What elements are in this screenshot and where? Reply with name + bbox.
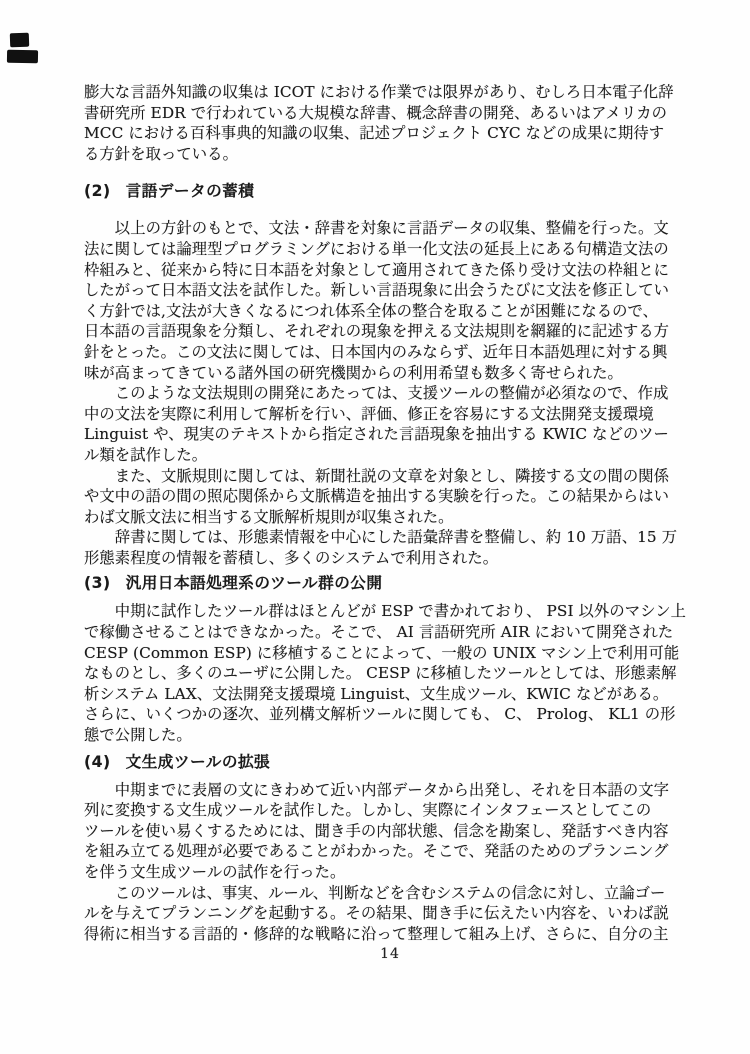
text-line: 中期に試作したツール群はほとんどが ESP で書かれており、 PSI 以外のマシ… — [84, 601, 680, 622]
page-body: 膨大な言語外知識の収集は ICOT における作業では限界があり、むしろ日本電子化… — [84, 82, 680, 944]
text-line: 中期までに表層の文にきわめて近い内部データから出発し、それを日本語の文字 — [84, 780, 680, 801]
text-line: 書研究所 EDR で行われている大規模な辞書、概念辞書の開発、あるいはアメリカの — [84, 103, 680, 124]
text-line: なものとし、多くのユーザに公開した。 CESP に移植したツールとしては、形態素… — [84, 663, 680, 684]
text-line: 列に変換する文生成ツールを試作した。しかし、実際にインタフェースとしてこの — [84, 800, 680, 821]
text-line: を伴う文生成ツールの試作を行った。 — [84, 862, 680, 883]
section-heading: (4)文生成ツールの拡張 — [84, 751, 680, 773]
text-line: 法に関しては論理型プログラミングにおける単一化文法の延長上にある句構造文法の — [84, 239, 680, 260]
document-page: 膨大な言語外知識の収集は ICOT における作業では限界があり、むしろ日本電子化… — [0, 0, 750, 1054]
text-line: く方針では,文法が大きくなるにつれ体系全体の整合を取ることが困難になるので、 — [84, 301, 680, 322]
section-number: (4) — [84, 751, 111, 773]
text-line: ル類を試作した。 — [84, 445, 680, 466]
text-line: また、文脈規則に関しては、新聞社説の文章を対象とし、隣接する文の間の関係 — [84, 466, 680, 487]
text-line: 態で公開した。 — [84, 725, 680, 746]
text-line: MCC における百科事典的知識の収集、記述プロジェクト CYC などの成果に期待… — [84, 123, 680, 144]
section: (3)汎用日本語処理系のツール群の公開 中期に試作したツール群はほとんどが ES… — [84, 572, 680, 745]
text-line: で稼働させることはできなかった。そこで、 AI 言語研究所 AIR において開発… — [84, 622, 680, 643]
page-number: 14 — [84, 946, 696, 962]
text-line: 形態素程度の情報を蓄積し、多くのシステムで利用された。 — [84, 548, 680, 569]
section: (2)言語データの蓄積 以上の方針のもとで、文法・辞書を対象に言語データの収集、… — [84, 180, 680, 568]
text-line: このツールは、事実、ルール、判断などを含むシステムの信念に対し、立論ゴー — [84, 883, 680, 904]
intro-paragraph: 膨大な言語外知識の収集は ICOT における作業では限界があり、むしろ日本電子化… — [84, 82, 680, 164]
text-line: 以上の方針のもとで、文法・辞書を対象に言語データの収集、整備を行った。文 — [84, 218, 680, 239]
section-title: 文生成ツールの拡張 — [126, 753, 271, 771]
scan-artifact-icon — [10, 33, 29, 48]
text-line: 針をとった。この文法に関しては、日本国内のみならず、近年日本語処理に対する興 — [84, 342, 680, 363]
text-line: さらに、いくつかの逐次、並列構文解析ツールに関しても、 C、 Prolog、 K… — [84, 704, 680, 725]
section-heading: (2)言語データの蓄積 — [84, 180, 680, 202]
text-line: 得術に相当する言語的・修辞的な戦略に沿って整理して組み上げ、さらに、自分の主 — [84, 924, 680, 945]
text-line: 枠組みと、従来から特に日本語を対象として適用されてきた係り受け文法の枠組とに — [84, 260, 680, 281]
text-line: 中の文法を実際に利用して解析を行い、評価、修正を容易にする文法開発支援環境 — [84, 404, 680, 425]
text-line: 膨大な言語外知識の収集は ICOT における作業では限界があり、むしろ日本電子化… — [84, 82, 680, 103]
section-title: 言語データの蓄積 — [126, 182, 255, 200]
text-line: CESP (Common ESP) に移植することによって、一般の UNIX マ… — [84, 643, 680, 664]
section: (4)文生成ツールの拡張 中期までに表層の文にきわめて近い内部データから出発し、… — [84, 751, 680, 945]
text-line: したがって日本語文法を試作した。新しい言語現象に出会うたびに文法を修正してい — [84, 280, 680, 301]
text-line: このような文法規則の開発にあたっては、支援ツールの整備が必須なので、作成 — [84, 383, 680, 404]
section-number: (3) — [84, 572, 111, 594]
section-paragraphs: 中期までに表層の文にきわめて近い内部データから出発し、それを日本語の文字列に変換… — [84, 780, 680, 945]
section-title: 汎用日本語処理系のツール群の公開 — [126, 574, 383, 592]
section-paragraphs: 中期に試作したツール群はほとんどが ESP で書かれており、 PSI 以外のマシ… — [84, 601, 680, 745]
text-line: ツールを使い易くするためには、聞き手の内部状態、信念を勘案し、発話すべき内容 — [84, 821, 680, 842]
text-line: 日本語の言語現象を分類し、それぞれの現象を押える文法規則を網羅的に記述する方 — [84, 321, 680, 342]
text-line: Linguist や、現実のテキストから指定された言語現象を抽出する KWIC … — [84, 424, 680, 445]
text-line: 析システム LAX、文法開発支援環境 Linguist、文生成ツール、KWIC … — [84, 684, 680, 705]
text-line: わば文脈文法に相当する文脈解析規則が収集された。 — [84, 507, 680, 528]
text-line: ルを与えてプランニングを起動する。その結果、聞き手に伝えたい内容を、いわば説 — [84, 903, 680, 924]
text-line: や文中の語の間の照応関係から文脈構造を抽出する実験を行った。この結果からはい — [84, 486, 680, 507]
text-line: を組み立てる処理が必要であることがわかった。そこで、発話のためのプランニング — [84, 841, 680, 862]
section-paragraphs: 以上の方針のもとで、文法・辞書を対象に言語データの収集、整備を行った。文法に関し… — [84, 218, 680, 568]
section-heading: (3)汎用日本語処理系のツール群の公開 — [84, 572, 680, 594]
text-line: る方針を取っている。 — [84, 144, 680, 165]
text-line: 辞書に関しては、形態素情報を中心にした語彙辞書を整備し、約 10 万語、15 万 — [84, 527, 680, 548]
scan-artifact-icon — [7, 50, 38, 64]
text-line: 味が高まってきている諸外国の研究機関からの利用希望も数多く寄せられた。 — [84, 363, 680, 384]
section-number: (2) — [84, 180, 111, 202]
